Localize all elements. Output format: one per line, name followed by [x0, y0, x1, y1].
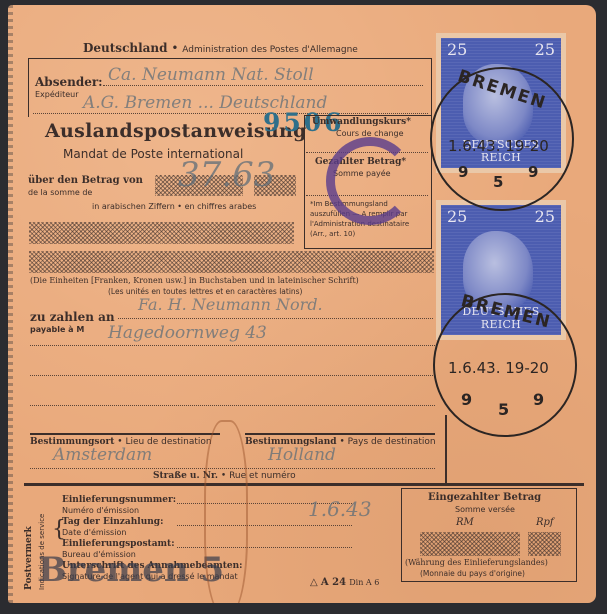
payee-line-3	[30, 375, 435, 376]
amount-words-field-1	[29, 222, 294, 244]
office-stamp-bremen: Bremen 5	[38, 550, 224, 590]
rust-stain	[204, 420, 248, 603]
payee-label: zu zahlen an	[30, 310, 115, 324]
deposited-currency: (Währung des Einlieferungslandes)	[405, 558, 548, 567]
unit-rm: RM	[456, 517, 474, 528]
payee-label-fr: payable à M	[30, 325, 84, 334]
deposited-rpf-field	[528, 532, 561, 556]
amount-words-hint: (Die Einheiten [Franken, Kronen usw.] in…	[30, 276, 359, 285]
payee-line-4	[30, 405, 435, 406]
payee-handwriting-2: Hagedoornweg 43	[108, 323, 267, 343]
postmark-2-code-right: 9	[533, 390, 544, 409]
unit-rpf: Rpf	[536, 517, 554, 528]
postmark-1-code-right: 9	[528, 163, 538, 181]
header: Deutschland • Administration des Postes …	[83, 41, 358, 55]
amount-words-field-2	[29, 251, 434, 273]
section-divider	[24, 483, 584, 486]
postmark-2-code-left: 9	[461, 390, 472, 409]
sender-label-fr: Expéditeur	[35, 90, 79, 99]
postmark-1-code-mid: 5	[493, 173, 503, 191]
postmark-1-date: 1.6.43. 19-20	[448, 137, 549, 155]
stamp-value-right: 25	[535, 40, 555, 59]
deposited-title: Eingezahlter Betrag	[428, 492, 541, 503]
postmark-2-code-mid: 5	[498, 400, 509, 419]
header-administration: Administration des Postes d'Allemagne	[182, 45, 358, 55]
amount-label: über den Betrag von	[28, 175, 143, 186]
sender-label: Absender:	[35, 75, 103, 89]
destination-country-handwriting: Holland	[268, 445, 336, 465]
service-side-label: Postvermerk	[24, 526, 34, 590]
form-code: △ A 24 Din A 6	[310, 577, 379, 588]
deposited-title-fr: Somme versée	[455, 505, 515, 514]
amount-label-fr: de la somme de	[28, 188, 92, 197]
destination-place-handwriting: Amsterdam	[53, 445, 152, 465]
postal-money-order-form: Deutschland • Administration des Postes …	[8, 5, 596, 603]
sender-line-2	[33, 113, 428, 114]
payee-handwriting-1: Fa. H. Neumann Nord.	[138, 295, 323, 314]
postmark-1-code-left: 9	[458, 163, 468, 181]
postmark-2-date: 1.6.43. 19-20	[448, 359, 549, 377]
stamp-value-left: 25	[447, 40, 467, 59]
destination-place-rule	[30, 433, 220, 435]
service-date-handwriting: 1.6.43	[308, 497, 372, 521]
exchange-rate-label: Umwandlungskurs*	[312, 117, 411, 127]
stamp-value-right: 25	[535, 207, 555, 226]
violet-control-stamp	[326, 137, 414, 225]
stamp-value-left: 25	[447, 207, 467, 226]
amount-handwriting: 37.63	[178, 155, 275, 195]
header-separator: •	[171, 41, 178, 55]
deposited-currency-fr: (Monnaie du pays d'origine)	[420, 569, 525, 578]
payee-line-1	[118, 318, 433, 319]
payee-line-2	[30, 345, 435, 346]
sender-line-1	[103, 85, 423, 86]
right-border-rule	[445, 415, 447, 485]
header-country: Deutschland	[83, 41, 168, 55]
triangle-icon: △	[310, 577, 318, 588]
deposited-rm-field	[420, 532, 520, 556]
destination-country-rule	[245, 433, 435, 435]
perforated-edge	[8, 5, 13, 603]
sender-handwriting-1: Ca. Neumann Nat. Stoll	[108, 65, 314, 85]
amount-digits-hint: in arabischen Ziffern • en chiffres arab…	[92, 202, 256, 211]
